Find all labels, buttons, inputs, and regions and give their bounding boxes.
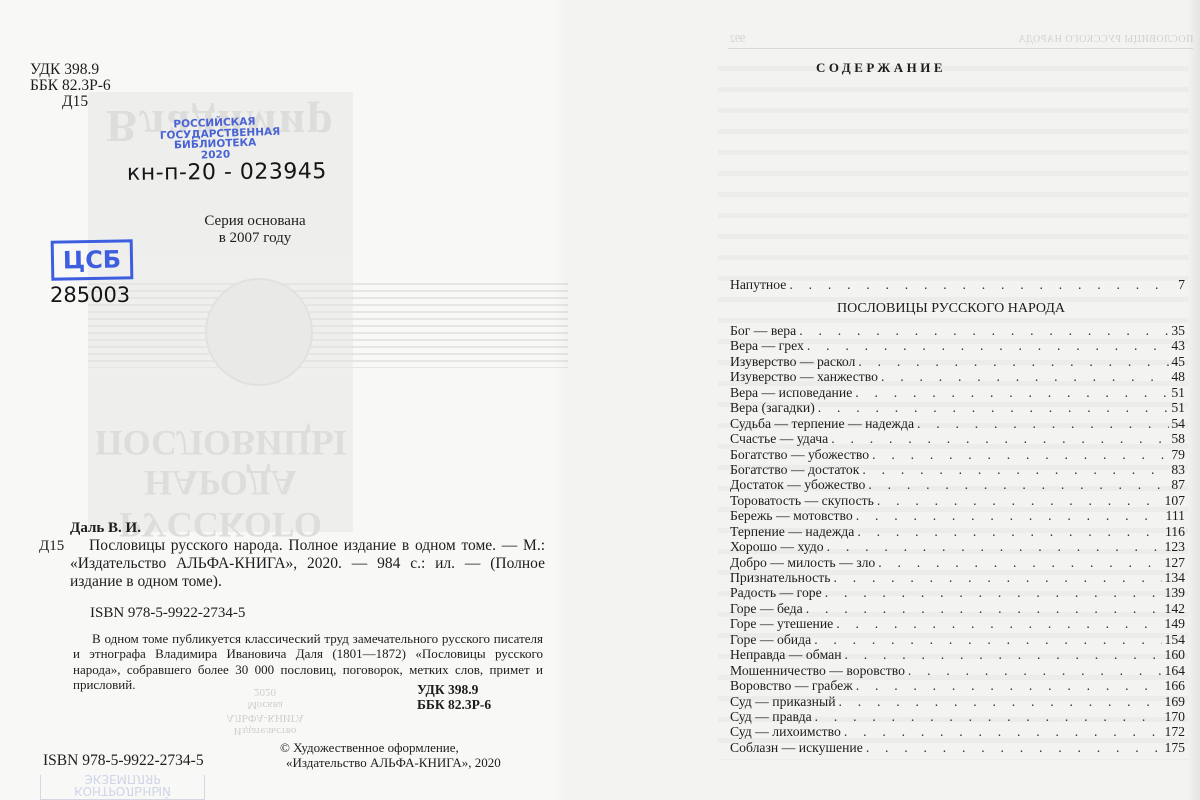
toc-entry[interactable]: Суд — правда. . . . . . . . . . . . . . … bbox=[730, 709, 1185, 724]
dot-leader: . . . . . . . . . . . . . . . . . . . . … bbox=[866, 740, 1163, 755]
ghost-publisher-line: АЛЬФА-КНИГА bbox=[220, 711, 310, 724]
toc-entry-page: 166 bbox=[1162, 678, 1185, 693]
dot-leader: . . . . . . . . . . . . . . . . . . . . … bbox=[872, 447, 1169, 462]
toc-entry-label: Хорошо — худо bbox=[730, 539, 827, 554]
toc-entry[interactable]: Бог — вера. . . . . . . . . . . . . . . … bbox=[730, 323, 1185, 338]
ghost-stamp-line: ЭКЗЕМПЛЯР bbox=[41, 773, 204, 785]
dot-leader: . . . . . . . . . . . . . . . . . . . . … bbox=[862, 462, 1169, 477]
cover-medal-icon bbox=[205, 278, 313, 386]
dot-leader: . . . . . . . . . . . . . . . . . . . . … bbox=[855, 385, 1169, 400]
toc-entry[interactable]: Напутное . . . . . . . . . . . . . . . .… bbox=[730, 277, 1185, 292]
toc-entry-label: Богатство — убожество bbox=[730, 447, 872, 462]
isbn-bottom: ISBN 978-5-9922-2734-5 bbox=[43, 752, 204, 770]
toc-entry-label: Тороватость — скупость bbox=[730, 493, 877, 508]
toc-list: Бог — вера. . . . . . . . . . . . . . . … bbox=[730, 323, 1185, 755]
toc-entry-label: Бережь — мотовство bbox=[730, 508, 856, 523]
dot-leader: . . . . . . . . . . . . . . . . . . . . … bbox=[877, 493, 1163, 508]
toc-entry-label: Горе — обида bbox=[730, 632, 814, 647]
toc-entry-label: Богатство — достаток bbox=[730, 462, 862, 477]
dot-leader: . . . . . . . . . . . . . . . . . . . . … bbox=[815, 709, 1163, 724]
toc-entry-page: 154 bbox=[1162, 632, 1185, 647]
toc-entry[interactable]: Мошенничество — воровство. . . . . . . .… bbox=[730, 663, 1185, 678]
inventory-number: кн-п-20 - 023945 bbox=[127, 159, 327, 186]
toc-entry[interactable]: Горе — обида. . . . . . . . . . . . . . … bbox=[730, 632, 1185, 647]
toc-entry-label: Изуверство — ханжество bbox=[730, 369, 881, 384]
toc-entry-page: 43 bbox=[1169, 338, 1185, 353]
toc-entry-label: Счастье — удача bbox=[730, 431, 831, 446]
toc-entry-label: Радость — горе bbox=[730, 585, 825, 600]
bbk-code: ББК 82.3Р-6 bbox=[417, 697, 491, 712]
toc-entry-page: 35 bbox=[1169, 323, 1185, 338]
toc-entry-label: Достаток — убожество bbox=[730, 477, 868, 492]
toc-entry-page: 107 bbox=[1162, 493, 1185, 508]
toc-entry-page: 169 bbox=[1162, 694, 1185, 709]
toc-entry-page: 175 bbox=[1162, 740, 1185, 755]
toc-entry[interactable]: Богатство — убожество. . . . . . . . . .… bbox=[730, 447, 1185, 462]
dot-leader: . . . . . . . . . . . . . . . . . . . . … bbox=[881, 369, 1169, 384]
cover-ornament-lines bbox=[88, 283, 568, 368]
dot-leader: . . . . . . . . . . . . . . . . . . . . … bbox=[814, 632, 1162, 647]
toc-entry[interactable]: Признательность. . . . . . . . . . . . .… bbox=[730, 570, 1185, 585]
toc-section-title: ПОСЛОВИЦЫ РУССКОГО НАРОДА bbox=[716, 301, 1186, 317]
toc-entry-label: Добро — милость — зло bbox=[730, 555, 878, 570]
dot-leader: . . . . . . . . . . . . . . . . . . . . … bbox=[878, 555, 1162, 570]
author-name: Даль В. И. bbox=[70, 520, 141, 537]
series-note-line: Серия основана bbox=[200, 213, 310, 230]
page-edge-shadow bbox=[1186, 0, 1200, 800]
udk-code: УДК 398.9 bbox=[30, 62, 111, 78]
ghost-control-stamp: КОНТРОЛЬНЫЙ ЭКЗЕМПЛЯР bbox=[40, 775, 205, 800]
udk-code: УДК 398.9 bbox=[417, 682, 491, 697]
toc-entry-label: Воровство — грабеж bbox=[730, 678, 856, 693]
toc-entry[interactable]: Вера — исповедание. . . . . . . . . . . … bbox=[730, 385, 1185, 400]
toc-entry-page: 111 bbox=[1163, 508, 1185, 523]
toc-entry[interactable]: Радость — горе. . . . . . . . . . . . . … bbox=[730, 585, 1185, 600]
toc-entry[interactable]: Неправда — обман. . . . . . . . . . . . … bbox=[730, 647, 1185, 662]
toc-entry-page: 51 bbox=[1169, 385, 1185, 400]
toc-entry[interactable]: Вера (загадки). . . . . . . . . . . . . … bbox=[730, 400, 1185, 415]
isbn-record: ISBN 978-5-9922-2734-5 bbox=[90, 605, 245, 622]
toc-entry-page: 172 bbox=[1162, 724, 1185, 739]
dot-leader: . . . . . . . . . . . . . . . . . . . . … bbox=[833, 570, 1162, 585]
csb-stamp: ЦСБ bbox=[51, 239, 134, 280]
toc-entry[interactable]: Горе — утешение. . . . . . . . . . . . .… bbox=[730, 616, 1185, 631]
toc-entry-page: 48 bbox=[1169, 369, 1185, 384]
author-index: Д15 bbox=[39, 538, 64, 555]
toc-entry[interactable]: Достаток — убожество. . . . . . . . . . … bbox=[730, 477, 1185, 492]
dot-leader: . . . . . . . . . . . . . . . . . . . . … bbox=[845, 647, 1163, 662]
dot-leader: . . . . . . . . . . . . . . . . . . . . … bbox=[856, 678, 1163, 693]
ghost-running-title: ПОСЛОВИЦЫ РУССКОГО НАРОДА bbox=[1018, 34, 1193, 45]
bbk-code: ББК 82.3Р-6 bbox=[30, 78, 111, 94]
toc-entry-page: 149 bbox=[1162, 616, 1185, 631]
copyright-notice: © Художественное оформление, «Издательст… bbox=[280, 740, 501, 770]
toc-entry-page: 164 bbox=[1162, 663, 1185, 678]
toc-entry-label: Соблазн — искушение bbox=[730, 740, 866, 755]
toc-entry-label: Изуверство — раскол bbox=[730, 354, 858, 369]
classification-codes-bottom: УДК 398.9 ББК 82.3Р-6 bbox=[417, 682, 491, 712]
toc-entry-label: Неправда — обман bbox=[730, 647, 845, 662]
ghost-publisher-line: Издательство bbox=[220, 724, 310, 737]
dot-leader: . . . . . . . . . . . . . . . . . . . . … bbox=[857, 524, 1163, 539]
dot-leader: . . . . . . . . . . . . . . . . . . . . … bbox=[844, 724, 1163, 739]
toc-entry-page: 160 bbox=[1162, 647, 1185, 662]
contents-page: 992 ПОСЛОВИЦЫ РУССКОГО НАРОДА СОДЕРЖАНИЕ… bbox=[568, 0, 1200, 800]
ghost-title-line-1: ПОСЛОВИЦЫ bbox=[88, 422, 353, 464]
toc-entry[interactable]: Суд — приказный. . . . . . . . . . . . .… bbox=[730, 694, 1185, 709]
toc-entry-label: Горе — беда bbox=[730, 601, 806, 616]
toc-entry-page: 54 bbox=[1169, 416, 1185, 431]
dot-leader: . . . . . . . . . . . . . . . . . . . . … bbox=[831, 431, 1169, 446]
ghost-publisher-logo: Издательство АЛЬФА-КНИГА Москва 2020 bbox=[220, 685, 310, 737]
dot-leader: . . . . . . . . . . . . . . . . . . . . … bbox=[799, 323, 1169, 338]
book-spread: Владимир ПОСЛОВИЦЫ РУССКОГО НАРОДА Издат… bbox=[0, 0, 1200, 800]
toc-entry-label: Бог — вера bbox=[730, 323, 799, 338]
ghost-publisher-line: Москва bbox=[220, 698, 310, 711]
bibliographic-description: Пословицы русского народа. Полное издани… bbox=[70, 537, 545, 591]
dot-leader: . . . . . . . . . . . . . . . . . . . . … bbox=[827, 539, 1163, 554]
dot-leader: . . . . . . . . . . . . . . . . . . . . … bbox=[856, 508, 1164, 523]
toc-entry[interactable]: Судьба — терпение — надежда. . . . . . .… bbox=[730, 416, 1185, 431]
toc-entry-page: 139 bbox=[1162, 585, 1185, 600]
imprint-page: Владимир ПОСЛОВИЦЫ РУССКОГО НАРОДА Издат… bbox=[0, 0, 568, 800]
ghost-stamp-line: КОНТРОЛЬНЫЙ bbox=[41, 785, 204, 797]
toc-entry-page: 142 bbox=[1162, 601, 1185, 616]
toc-entry-page: 170 bbox=[1162, 709, 1185, 724]
dot-leader: . . . . . . . . . . . . . . . . . . . . … bbox=[789, 277, 1169, 292]
toc-entry-label: Вера (загадки) bbox=[730, 400, 818, 415]
toc-entry[interactable]: Изуверство — раскол. . . . . . . . . . .… bbox=[730, 354, 1185, 369]
toc-entry-page: 87 bbox=[1169, 477, 1185, 492]
toc-entry-page: 127 bbox=[1162, 555, 1185, 570]
csb-number: 285003 bbox=[50, 283, 130, 307]
dot-leader: . . . . . . . . . . . . . . . . . . . . … bbox=[807, 338, 1169, 353]
toc-entry[interactable]: Воровство — грабеж. . . . . . . . . . . … bbox=[730, 678, 1185, 693]
toc-intro: Напутное . . . . . . . . . . . . . . . .… bbox=[730, 277, 1185, 292]
toc-entry[interactable]: Суд — лихоимство. . . . . . . . . . . . … bbox=[730, 724, 1185, 739]
toc-entry-page: 58 bbox=[1169, 431, 1185, 446]
toc-entry[interactable]: Богатство — достаток. . . . . . . . . . … bbox=[730, 462, 1185, 477]
dot-leader: . . . . . . . . . . . . . . . . . . . . … bbox=[806, 601, 1163, 616]
toc-entry-label: Мошенничество — воровство bbox=[730, 663, 908, 678]
library-stamp: РОССИЙСКАЯ ГОСУДАРСТВЕННАЯ БИБЛИОТЕКА 20… bbox=[159, 116, 270, 162]
dot-leader: . . . . . . . . . . . . . . . . . . . . … bbox=[868, 477, 1169, 492]
toc-entry[interactable]: Тороватость — скупость. . . . . . . . . … bbox=[730, 493, 1185, 508]
toc-entry[interactable]: Горе — беда. . . . . . . . . . . . . . .… bbox=[730, 601, 1185, 616]
ghost-page-number: 992 bbox=[730, 34, 745, 45]
toc-entry-label: Судьба — терпение — надежда bbox=[730, 416, 917, 431]
ghost-running-header: 992 ПОСЛОВИЦЫ РУССКОГО НАРОДА bbox=[728, 29, 1193, 49]
toc-entry-page: 123 bbox=[1162, 539, 1185, 554]
toc-entry-page: 83 bbox=[1169, 462, 1185, 477]
toc-entry-page: 79 bbox=[1169, 447, 1185, 462]
toc-entry-label: Вера — исповедание bbox=[730, 385, 855, 400]
toc-entry[interactable]: Добро — милость — зло. . . . . . . . . .… bbox=[730, 555, 1185, 570]
toc-entry-label: Признательность bbox=[730, 570, 833, 585]
toc-entry[interactable]: Изуверство — ханжество. . . . . . . . . … bbox=[730, 369, 1185, 384]
toc-entry-label: Напутное bbox=[730, 277, 789, 292]
toc-entry-page: 134 bbox=[1162, 570, 1185, 585]
dot-leader: . . . . . . . . . . . . . . . . . . . . … bbox=[858, 354, 1169, 369]
dot-leader: . . . . . . . . . . . . . . . . . . . . … bbox=[908, 663, 1163, 678]
toc-entry[interactable]: Бережь — мотовство. . . . . . . . . . . … bbox=[730, 508, 1185, 523]
dot-leader: . . . . . . . . . . . . . . . . . . . . … bbox=[917, 416, 1169, 431]
toc-entry-page: 51 bbox=[1169, 400, 1185, 415]
toc-entry-page: 45 bbox=[1169, 354, 1185, 369]
toc-entry-page: 116 bbox=[1163, 524, 1185, 539]
series-note: Серия основана в 2007 году bbox=[200, 213, 310, 247]
toc-entry-label: Суд — приказный bbox=[730, 694, 839, 709]
copyright-line: «Издательство АЛЬФА-КНИГА», 2020 bbox=[280, 755, 501, 770]
toc-entry-page: 7 bbox=[1169, 277, 1185, 292]
toc-entry-label: Терпение — надежда bbox=[730, 524, 857, 539]
dot-leader: . . . . . . . . . . . . . . . . . . . . … bbox=[839, 694, 1163, 709]
author-mark: Д15 bbox=[30, 94, 111, 110]
toc-entry[interactable]: Соблазн — искушение. . . . . . . . . . .… bbox=[730, 740, 1185, 755]
copyright-line: © Художественное оформление, bbox=[280, 740, 501, 755]
classification-codes-top: УДК 398.9 ББК 82.3Р-6 Д15 bbox=[30, 62, 111, 110]
dot-leader: . . . . . . . . . . . . . . . . . . . . … bbox=[818, 400, 1169, 415]
toc-entry[interactable]: Хорошо — худо. . . . . . . . . . . . . .… bbox=[730, 539, 1185, 554]
contents-title: СОДЕРЖАНИЕ bbox=[716, 60, 1046, 76]
dot-leader: . . . . . . . . . . . . . . . . . . . . … bbox=[825, 585, 1163, 600]
dot-leader: . . . . . . . . . . . . . . . . . . . . … bbox=[836, 616, 1162, 631]
toc-entry[interactable]: Терпение — надежда. . . . . . . . . . . … bbox=[730, 524, 1185, 539]
toc-entry[interactable]: Счастье — удача. . . . . . . . . . . . .… bbox=[730, 431, 1185, 446]
toc-entry-label: Горе — утешение bbox=[730, 616, 836, 631]
toc-entry-label: Суд — лихоимство bbox=[730, 724, 844, 739]
toc-entry-label: Вера — грех bbox=[730, 338, 807, 353]
series-note-line: в 2007 году bbox=[200, 230, 310, 247]
toc-entry-label: Суд — правда bbox=[730, 709, 815, 724]
toc-entry[interactable]: Вера — грех. . . . . . . . . . . . . . .… bbox=[730, 338, 1185, 353]
